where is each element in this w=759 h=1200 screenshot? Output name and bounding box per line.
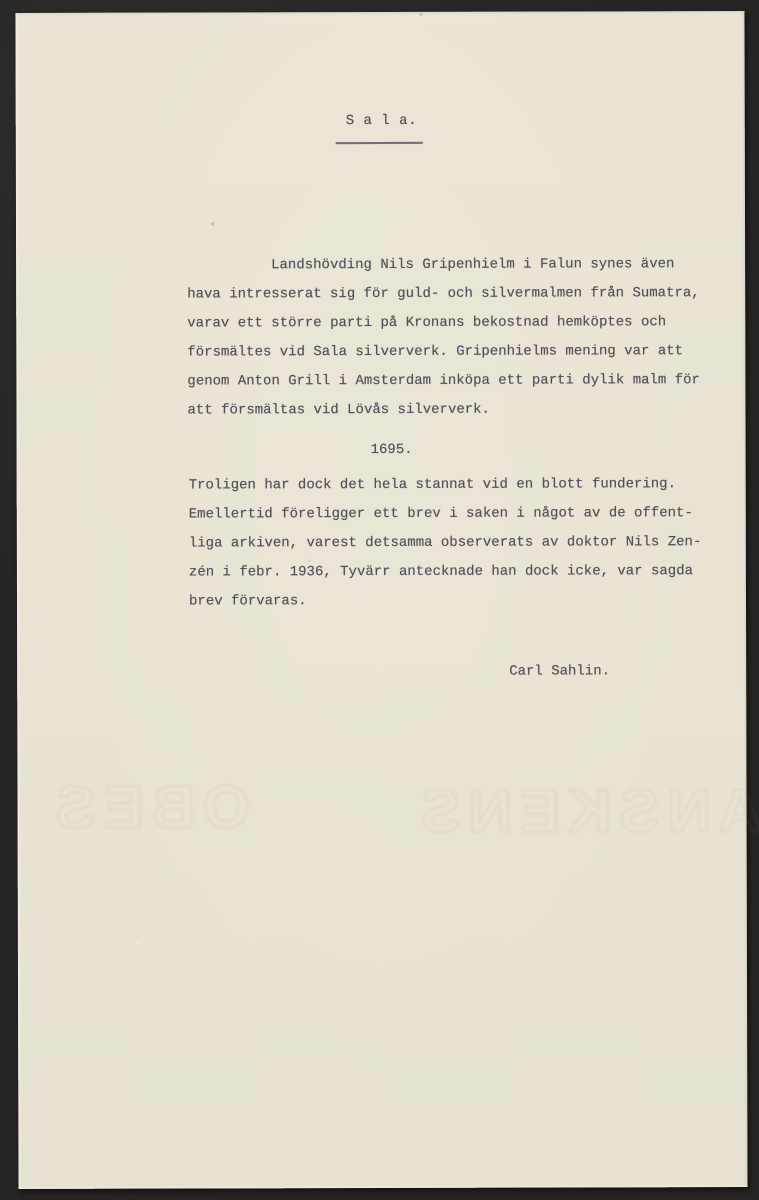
ghost-showthrough-right: LANSKENS <box>412 776 759 846</box>
signature: Carl Sahlin. <box>509 657 610 686</box>
text-line: Landshövding Nils Gripenhielm i Falun sy… <box>187 250 727 280</box>
page-title: S a l a. <box>346 113 417 129</box>
text-line: zén i febr. 1936, Tyvärr antecknade han … <box>189 557 729 587</box>
ghost-showthrough-left: OBES <box>47 772 249 842</box>
text-line: Troligen har dock det hela stannat vid e… <box>189 470 729 500</box>
paper-specks <box>15 13 16 14</box>
text-line: att försmältas vid Lövås silververk. <box>187 395 727 425</box>
paragraph-2: Troligen har dock det hela stannat vid e… <box>189 470 729 616</box>
text-line: Emellertid föreligger ett brev i saken i… <box>189 499 729 529</box>
text-line: varav ett större parti på Kronans bekost… <box>187 308 727 338</box>
text-line: liga arkiven, varest detsamma observerat… <box>189 528 729 558</box>
text-line: brev förvaras. <box>189 586 729 616</box>
text-line: hava intresserat sig för guld- och silve… <box>187 279 727 309</box>
text-line: försmältes vid Sala silververk. Gripenhi… <box>187 337 727 367</box>
year-heading: 1695. <box>371 436 413 465</box>
title-underline <box>336 142 423 144</box>
paragraph-1: Landshövding Nils Gripenhielm i Falun sy… <box>187 250 727 425</box>
paper: S a l a. Landshövding Nils Gripenhielm i… <box>15 11 747 1189</box>
text-line: genom Anton Grill i Amsterdam inköpa ett… <box>187 366 727 396</box>
